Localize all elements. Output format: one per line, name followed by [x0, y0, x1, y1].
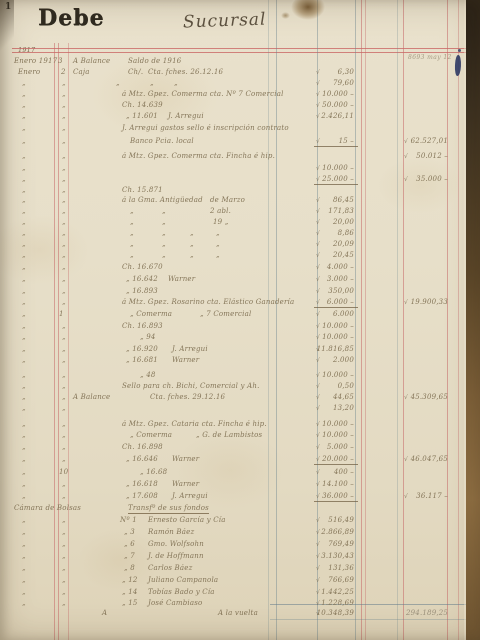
ditto-mark: „ — [22, 393, 26, 402]
debit-amount: 6.000 – — [300, 298, 354, 307]
ledger-row: „„√13,20 — [0, 404, 480, 414]
ditto-mark: „ — [62, 431, 66, 440]
entry-text: Warner — [172, 356, 199, 365]
ledger-row: „„Sello para ch. Bichi, Comercial y Ah.√… — [0, 382, 480, 392]
entry-text: „ 16.618 — [126, 480, 158, 489]
ditto-mark: „ — [62, 382, 66, 391]
header-debit-title: Debe — [38, 14, 104, 23]
entry-text: Warner — [172, 455, 199, 464]
debit-amount: 350,00 — [300, 287, 354, 296]
entry-text: Ch. 16.898 — [122, 443, 163, 452]
header-rule-bottom — [12, 52, 480, 53]
entry-text: Warner — [172, 480, 199, 489]
debit-amount: 2.000 — [300, 356, 354, 365]
ditto-mark: „ — [22, 333, 26, 342]
amount-underline — [314, 307, 358, 308]
ditto-mark: „ — [22, 101, 26, 110]
entry-text: „ 17.608 — [126, 492, 158, 501]
ledger-row: „„√10.000 – — [0, 164, 480, 174]
entry-text: „ — [190, 229, 194, 238]
entry-text: „ — [130, 229, 134, 238]
ditto-mark: „ — [22, 175, 26, 184]
amount-underline — [314, 501, 358, 502]
entry-text: A — [102, 609, 107, 618]
entry-text: á Mtz. Gpez. Comerma cta. Nº 7 Comercial — [122, 90, 284, 99]
ditto-mark: „ — [62, 240, 66, 249]
debit-amount: 20,09 — [300, 240, 354, 249]
ditto-mark: „ — [22, 298, 26, 307]
entry-text: J. Arregui — [172, 492, 208, 501]
debit-amount: 44,65 — [300, 393, 354, 402]
debit-amount: 14.100 – — [300, 480, 354, 489]
ditto-mark: „ — [62, 175, 66, 184]
ledger-row: „„„ 16.681Warner√2.000 — [0, 356, 480, 366]
ledger-row: Enero 19173A BalanceSaldo de 1916 — [0, 57, 480, 67]
ditto-mark: „ — [62, 152, 66, 161]
ledger-row: „„„ 17.608J. Arregui√36.000 –√36.117 – — [0, 492, 480, 502]
entry-text: „ — [216, 229, 220, 238]
debit-amount: 2.866,89 — [300, 528, 354, 537]
entry-text: Ramón Báez — [148, 528, 194, 537]
entry-text: Cta. fches. 29.12.16 — [150, 393, 225, 402]
ditto-mark: „ — [22, 540, 26, 549]
ditto-mark: „ — [22, 599, 26, 608]
entry-text: „ 7 Comercial — [200, 310, 251, 319]
ditto-mark: „ — [62, 186, 66, 195]
debit-amount: 20,45 — [300, 251, 354, 260]
ditto-mark: „ — [22, 240, 26, 249]
entry-text: Banco Pcia. local — [130, 137, 194, 146]
entry-text: 2 — [61, 68, 66, 77]
posted-total-amount: 19.900,33 — [406, 298, 448, 307]
ditto-mark: „ — [62, 275, 66, 284]
entry-text: „ 16.642 — [126, 275, 158, 284]
entry-text: Ch. 16.670 — [122, 263, 163, 272]
ditto-mark: „ — [22, 196, 26, 205]
debit-amount: 1.442,25 — [300, 588, 354, 597]
entry-text: „ 15 — [122, 599, 138, 608]
ditto-mark: „ — [22, 516, 26, 525]
ledger-row: „„Nº 1Ernesto García y Cía√516,49 — [0, 516, 480, 526]
entry-text: 3 — [58, 57, 63, 66]
ditto-mark: „ — [62, 229, 66, 238]
entry-text: „ — [130, 218, 134, 227]
amount-underline — [314, 146, 358, 147]
ink-stain — [291, 0, 325, 20]
ditto-mark: „ — [22, 137, 26, 146]
ditto-mark: „ — [62, 251, 66, 260]
ditto-mark: „ — [22, 356, 26, 365]
entry-text: Juliano Campanola — [148, 576, 218, 585]
entry-text: „ 11.601 — [126, 112, 158, 121]
entry-text: A Balance — [73, 393, 110, 402]
ditto-mark: „ — [22, 345, 26, 354]
ditto-mark: „ — [62, 576, 66, 585]
entry-text: Ch. 15.871 — [122, 186, 163, 195]
ditto-mark: „ — [62, 393, 66, 402]
entry-text: A Balance — [73, 57, 110, 66]
entry-text: Caja — [73, 68, 90, 77]
ledger-row: „„Ch. 14.639√50.000 – — [0, 101, 480, 111]
ditto-mark: „ — [22, 229, 26, 238]
debit-amount: 6,30 — [300, 68, 354, 77]
entry-text: „ — [162, 251, 166, 260]
ditto-mark: „ — [22, 404, 26, 413]
debit-amount: 5.000 – — [300, 443, 354, 452]
ditto-mark: „ — [62, 588, 66, 597]
entry-text: „ 8 — [124, 564, 135, 573]
entry-text: á Mtz. Gpez. Rosarino cta. Elástico Gana… — [122, 298, 294, 307]
entry-text: „ — [216, 251, 220, 260]
ditto-mark: „ — [62, 124, 66, 133]
posted-total-amount: 46.047,65 — [406, 455, 448, 464]
ditto-mark: „ — [62, 345, 66, 354]
folio-number: 10 — [59, 468, 68, 477]
entry-text: A la vuelta — [218, 609, 258, 618]
entry-text: „ 16.920 — [126, 345, 158, 354]
ledger-row: „10„ 16.68√400 – — [0, 468, 480, 478]
debit-amount: 20.000 – — [300, 455, 354, 464]
debit-amount: 13,20 — [300, 404, 354, 413]
entry-text: „ — [162, 207, 166, 216]
blue-ink-dot — [458, 49, 461, 52]
debit-amount: 131,36 — [300, 564, 354, 573]
debit-amount: 171,83 — [300, 207, 354, 216]
entry-text: „ 14 — [122, 588, 138, 597]
debit-amount: 10.000 – — [300, 90, 354, 99]
ledger-row: „„„„„√79,60 — [0, 79, 480, 89]
debit-amount: 6.000 — [300, 310, 354, 319]
entry-text: „ — [162, 229, 166, 238]
entry-text: 2 abl. — [210, 207, 231, 216]
ditto-mark: „ — [22, 186, 26, 195]
entry-text: „ — [130, 240, 134, 249]
entry-text: Cámara de Bolsas — [14, 504, 81, 513]
ledger-row: „„Ch. 16.670√4.000 – — [0, 263, 480, 273]
ledger-row: „1„ Comerma„ 7 Comercial√6.000 — [0, 310, 480, 320]
debit-amount: 1.228,69 — [300, 599, 354, 608]
ledger-row: „„„„2 abl.√171,83 — [0, 207, 480, 217]
entry-text: Ch. 16.893 — [122, 322, 163, 331]
ledger-page: 1 Debe Sucursal 1917 8693 may 12 Enero 1… — [0, 0, 480, 640]
ledger-row: „„á la Gma. Antigüedadde Marzo√86,45 — [0, 196, 480, 206]
ditto-mark: „ — [62, 564, 66, 573]
ledger-row: „„„ 8Carlos Báez√131,36 — [0, 564, 480, 574]
ditto-mark: „ — [62, 164, 66, 173]
ledger-row: „„„ 16.646Warner√20.000 –√46.047,65 — [0, 455, 480, 465]
debit-amount: 10.000 – — [300, 431, 354, 440]
debit-amount: 769,49 — [300, 540, 354, 549]
ditto-mark: „ — [22, 588, 26, 597]
ditto-mark: „ — [22, 382, 26, 391]
ledger-row: „„á Mtz. Gpez. Comerma cta. Nº 7 Comerci… — [0, 90, 480, 100]
debit-amount: 516,49 — [300, 516, 354, 525]
entry-text: Enero 1917 — [14, 57, 57, 66]
ledger-row: „„„„„„√8,86 — [0, 229, 480, 239]
ditto-mark: „ — [62, 599, 66, 608]
entry-text: „ 16.646 — [126, 455, 158, 464]
ledger-row: „„„ 16.893√350,00 — [0, 287, 480, 297]
ditto-mark: „ — [62, 552, 66, 561]
posted-total-amount: 45.309,65 — [406, 393, 448, 402]
ditto-mark: „ — [22, 112, 26, 121]
ditto-mark: „ — [22, 251, 26, 260]
debit-amount: 10.000 – — [300, 322, 354, 331]
debit-amount: 86,45 — [300, 196, 354, 205]
ditto-mark: „ — [22, 528, 26, 537]
entry-text: „ 16.893 — [126, 287, 158, 296]
ditto-mark: „ — [62, 420, 66, 429]
ditto-mark: „ — [62, 90, 66, 99]
ditto-mark: „ — [22, 310, 26, 319]
ditto-mark: „ — [62, 356, 66, 365]
ditto-mark: „ — [62, 492, 66, 501]
ledger-row: „„„ 16.642Warner√3.000 – — [0, 275, 480, 285]
ditto-mark: „ — [22, 552, 26, 561]
entry-text: „ — [162, 218, 166, 227]
debit-amount: 15 – — [300, 137, 354, 146]
folio-number: 1 — [59, 310, 64, 319]
ditto-mark: „ — [62, 137, 66, 146]
pencil-total-amount: 294.189,25 — [406, 609, 448, 618]
entry-text: de Marzo — [210, 196, 245, 205]
entry-text: J. Arregui — [168, 112, 204, 121]
entry-text: á la Gma. Antigüedad — [122, 196, 203, 205]
ditto-mark: „ — [22, 218, 26, 227]
ditto-mark: „ — [62, 112, 66, 121]
ditto-mark: „ — [22, 480, 26, 489]
debit-amount: 50.000 – — [300, 101, 354, 110]
total-rule-lower — [270, 619, 466, 620]
entry-text: „ 12 — [122, 576, 138, 585]
ditto-mark: „ — [22, 322, 26, 331]
entry-text: 19 „ — [213, 218, 229, 227]
ledger-row: „„Banco Pcia. local√15 –√62.527,01 — [0, 137, 480, 147]
debit-amount: 79,60 — [300, 79, 354, 88]
ditto-mark: „ — [22, 468, 26, 477]
ledger-row: „„á Mtz. Gpez. Comerma cta. Fincha é hip… — [0, 152, 480, 162]
entry-text: „ 7 — [124, 552, 135, 561]
ditto-mark: „ — [62, 480, 66, 489]
entry-text: „ Comerma — [130, 431, 172, 440]
ledger-row: „„á Mtz. Gpez. Rosarino cta. Elástico Ga… — [0, 298, 480, 308]
posted-total-amount: 62.527,01 — [406, 137, 448, 146]
entry-text: „ 48 — [140, 371, 156, 380]
header-rule-top — [12, 48, 480, 49]
posted-total-amount: 35.000 – — [406, 175, 448, 184]
entry-text: Cta. fches. 26.12.16 — [148, 68, 223, 77]
ditto-mark: „ — [62, 101, 66, 110]
entry-text: Sello para ch. Bichi, Comercial y Ah. — [122, 382, 260, 391]
entry-text: „ — [116, 79, 120, 88]
ditto-mark: „ — [62, 218, 66, 227]
ledger-row: „„„ 7J. de Hoffmann√3.130,43 — [0, 552, 480, 562]
entry-text: „ 16.681 — [126, 356, 158, 365]
entry-text: José Cambiaso — [148, 599, 202, 608]
ledger-row: „„„ 3Ramón Báez√2.866,89 — [0, 528, 480, 538]
ditto-mark: „ — [22, 152, 26, 161]
ditto-mark: „ — [62, 371, 66, 380]
entry-text: Ch/. — [128, 68, 143, 77]
ledger-row: „„„ 6Gmo. Wolfsohn√769,49 — [0, 540, 480, 550]
header-account-title: Sucursal — [183, 16, 267, 28]
entry-text: „ — [174, 79, 178, 88]
ledger-row: „„„ 16.920J. Arregui√11.816,85 — [0, 345, 480, 355]
ledger-row: „„„„„„√20,45 — [0, 251, 480, 261]
ditto-mark: „ — [22, 455, 26, 464]
ditto-mark: „ — [62, 455, 66, 464]
entry-text: „ — [190, 251, 194, 260]
entry-text: Carlos Báez — [148, 564, 193, 573]
ledger-row: „„„„„„√20,09 — [0, 240, 480, 250]
debit-amount: 0,50 — [300, 382, 354, 391]
debit-amount: 400 – — [300, 468, 354, 477]
ditto-mark: „ — [62, 79, 66, 88]
entry-text: „ 16.68 — [140, 468, 167, 477]
entry-text: Saldo de 1916 — [128, 57, 181, 66]
debit-amount: 766,69 — [300, 576, 354, 585]
entry-text: Tobías Bado y Cía — [148, 588, 215, 597]
entry-text: „ — [130, 251, 134, 260]
ditto-mark: „ — [62, 298, 66, 307]
entry-text: „ — [190, 240, 194, 249]
entry-text: Ernesto García y Cía — [148, 516, 226, 525]
ditto-mark: „ — [62, 516, 66, 525]
ledger-row: AA la vuelta√10.348,39294.189,25 — [0, 609, 480, 619]
ditto-mark: „ — [62, 528, 66, 537]
debit-amount: 4.000 – — [300, 263, 354, 272]
ditto-mark: „ — [22, 287, 26, 296]
entry-text: Warner — [168, 275, 195, 284]
ditto-mark: „ — [22, 431, 26, 440]
ledger-row: Enero2CajaCh/.Cta. fches. 26.12.16√6,30 — [0, 68, 480, 78]
ditto-mark: „ — [62, 322, 66, 331]
entry-text: á Mtz. Gpez. Cataria cta. Fincha é hip. — [122, 420, 267, 429]
entry-text: Nº 1 — [120, 516, 137, 525]
debit-amount: 10.000 – — [300, 420, 354, 429]
debit-amount: 10.348,39 — [300, 609, 354, 618]
ledger-row: „„„ 15José Cambiaso√1.228,69 — [0, 599, 480, 609]
entry-text: „ — [216, 240, 220, 249]
amount-underline — [314, 184, 358, 185]
ledger-row: „„„„19 „√20,00 — [0, 218, 480, 228]
ledger-row: „„Ch. 16.893√10.000 – — [0, 322, 480, 332]
ledger-row: „„„ 94√10.000 – — [0, 333, 480, 343]
ditto-mark: „ — [22, 420, 26, 429]
ditto-mark: „ — [22, 443, 26, 452]
ledger-row: „„á Mtz. Gpez. Cataria cta. Fincha é hip… — [0, 420, 480, 430]
ditto-mark: „ — [22, 79, 26, 88]
debit-amount: 10.000 – — [300, 371, 354, 380]
entry-text: „ 6 — [124, 540, 135, 549]
entry-text: J. de Hoffmann — [148, 552, 204, 561]
ditto-mark: „ — [62, 287, 66, 296]
entry-text: „ G. de Lambistos — [196, 431, 262, 440]
ditto-mark: „ — [22, 564, 26, 573]
entry-text: J. Arregui gastos sello é inscripción co… — [122, 124, 289, 133]
ledger-row: „„„ 14Tobías Bado y Cía√1.442,25 — [0, 588, 480, 598]
posted-total-amount: 36.117 – — [406, 492, 448, 501]
debit-amount: 10.000 – — [300, 164, 354, 173]
debit-amount: 3.130,43 — [300, 552, 354, 561]
ditto-mark: „ — [22, 371, 26, 380]
debit-amount: 10.000 – — [300, 333, 354, 342]
debit-amount: 11.816,85 — [300, 345, 354, 354]
ditto-mark: „ — [22, 124, 26, 133]
ledger-row: „„Ch. 15.871 — [0, 186, 480, 196]
entry-text: Ch. 14.639 — [122, 101, 163, 110]
entry-text: J. Arregui — [172, 345, 208, 354]
entry-text: „ — [130, 207, 134, 216]
ledger-row: „„„ 48√10.000 – — [0, 371, 480, 381]
debit-amount: 3.000 – — [300, 275, 354, 284]
ditto-mark: „ — [22, 207, 26, 216]
entry-text: „ 94 — [140, 333, 156, 342]
debit-amount: 25.000 – — [300, 175, 354, 184]
entry-text: „ Comerma — [130, 310, 172, 319]
debit-amount: 8,86 — [300, 229, 354, 238]
ledger-row: Cámara de BolsasTransfº de sus fondos — [0, 504, 480, 514]
ledger-row: „„Ch. 16.898√5.000 – — [0, 443, 480, 453]
entry-text: „ — [150, 79, 154, 88]
ledger-row: „„„ 16.618Warner√14.100 – — [0, 480, 480, 490]
ditto-mark: „ — [62, 404, 66, 413]
ink-stain-small — [281, 12, 290, 19]
entry-text: á Mtz. Gpez. Comerma cta. Fincha é hip. — [122, 152, 275, 161]
ditto-mark: „ — [62, 207, 66, 216]
entry-text: Transfº de sus fondos — [128, 504, 209, 514]
ditto-mark: „ — [62, 443, 66, 452]
entry-text: „ 3 — [124, 528, 135, 537]
ditto-mark: „ — [22, 275, 26, 284]
amount-underline — [314, 464, 358, 465]
ditto-mark: „ — [62, 540, 66, 549]
posted-total-amount: 50.012 – — [406, 152, 448, 161]
ledger-row: „„„ Comerma„ G. de Lambistos√10.000 – — [0, 431, 480, 441]
debit-amount: 36.000 – — [300, 492, 354, 501]
page-number: 1 — [5, 3, 11, 12]
debit-amount: 20,00 — [300, 218, 354, 227]
ledger-row: „„√25.000 –√35.000 – — [0, 175, 480, 185]
ditto-mark: „ — [62, 333, 66, 342]
ledger-row: „„„ 12Juliano Campanola√766,69 — [0, 576, 480, 586]
entry-text: Enero — [18, 68, 40, 77]
ditto-mark: „ — [22, 90, 26, 99]
ditto-mark: „ — [22, 576, 26, 585]
ditto-mark: „ — [62, 196, 66, 205]
ledger-row: „„„ 11.601J. Arregui√2.426,11 — [0, 112, 480, 122]
ditto-mark: „ — [22, 164, 26, 173]
debit-amount: 2.426,11 — [300, 112, 354, 121]
ditto-mark: „ — [22, 263, 26, 272]
ditto-mark: „ — [62, 263, 66, 272]
entry-text: „ — [162, 240, 166, 249]
entry-text: Gmo. Wolfsohn — [148, 540, 204, 549]
ledger-row: „„J. Arregui gastos sello é inscripción … — [0, 124, 480, 134]
ditto-mark: „ — [22, 492, 26, 501]
ledger-row: „„A BalanceCta. fches. 29.12.16√44,65√45… — [0, 393, 480, 403]
